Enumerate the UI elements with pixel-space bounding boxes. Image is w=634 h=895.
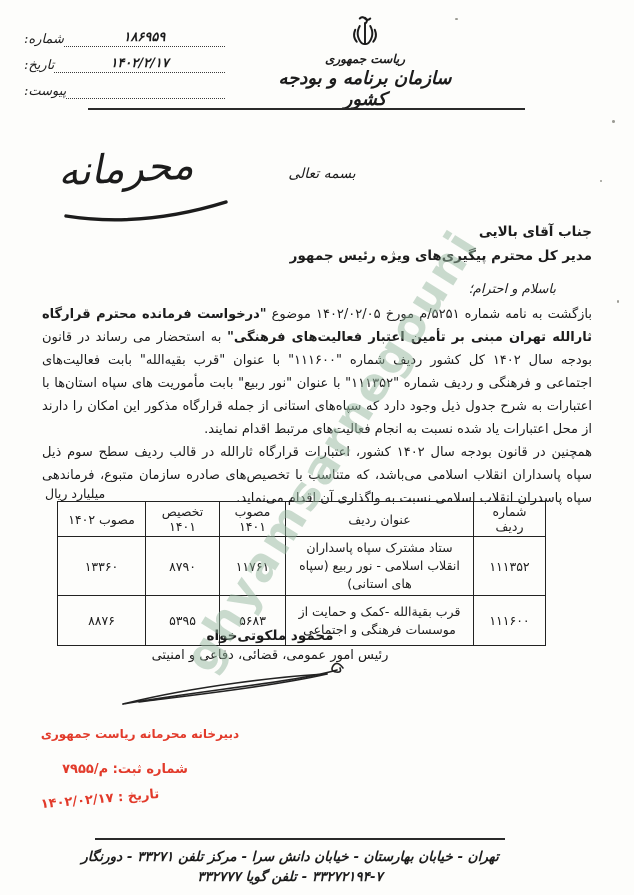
date-field-label: تاریخ:: [24, 58, 54, 73]
iran-emblem-icon: [350, 14, 380, 50]
salutation-text: باسلام و احترام؛: [469, 282, 556, 297]
date-field-value: ۱۴۰۲/۲/۱۷: [54, 56, 225, 73]
table-cell-number: ۱۱۱۶۰۰: [474, 596, 546, 646]
table-row: ۱۱۱۳۵۲ ستاد مشترک سپاه پاسداران انقلاب ا…: [58, 537, 546, 596]
number-field: شماره: ۱۸۶۹۵۹: [20, 30, 225, 47]
letterhead: ریاست جمهوری سازمان برنامه و بودجه کشور: [255, 14, 475, 110]
recipient-title: مدیر کل محترم پیگیری‌های ویژه رئیس جمهور: [290, 244, 592, 268]
letter-body: بازگشت به نامه شماره ۵۲۵۱/م مورخ ۱۴۰۲/۰۲…: [42, 303, 592, 510]
table-cell-number: ۱۱۱۳۵۲: [474, 537, 546, 596]
body-paragraph-2: همچنین در قانون بودجه سال ۱۴۰۲ کشور، اعت…: [42, 441, 592, 510]
date-field: تاریخ: ۱۴۰۲/۲/۱۷: [20, 56, 225, 73]
signature-scribble-icon: [115, 652, 350, 712]
secretariat-stamp-number: شماره ثبت: م/۷۹۵۵: [50, 762, 200, 777]
attachment-field: پیوست:: [20, 82, 225, 99]
table-header-row: شماره ردیف عنوان ردیف مصوب ۱۴۰۱ تخصیص ۱۴…: [58, 502, 546, 537]
table-cell-approved-1401: ۱۱۷۶۱: [220, 537, 286, 596]
scan-speck: [612, 120, 615, 123]
table-header-approved-1402: مصوب ۱۴۰۲: [58, 502, 146, 537]
table-cell-approved-1402: ۱۳۳۶۰: [58, 537, 146, 596]
footer-address: تهران - خیابان بهارستان - خیابان دانش سر…: [60, 847, 520, 887]
header-divider: [88, 108, 525, 110]
budget-table-wrap: شماره ردیف عنوان ردیف مصوب ۱۴۰۱ تخصیص ۱۴…: [57, 501, 546, 646]
table-header-row-number: شماره ردیف: [474, 502, 546, 537]
table-cell-allocated-1401: ۸۷۹۰: [146, 537, 220, 596]
scan-speck: [617, 300, 619, 303]
org-name-line2: سازمان برنامه و بودجه کشور: [255, 68, 475, 110]
confidential-flourish-icon: [62, 196, 232, 222]
table-cell-approved-1402: ۸۸۷۶: [58, 596, 146, 646]
letterhead-fields: شماره: ۱۸۶۹۵۹ تاریخ: ۱۴۰۲/۲/۱۷ پیوست:: [20, 30, 225, 108]
confidential-stamp: محرمانه: [57, 142, 195, 195]
basmala-text: بسمه تعالی: [262, 166, 382, 182]
attachment-field-label: پیوست:: [24, 84, 66, 99]
secretariat-stamp-date: تاریخ : ۱۴۰۲/۰۲/۱۷: [25, 785, 176, 813]
body-p1-after: به استحضار می رساند در قانون بودجه سال ۱…: [42, 330, 592, 437]
body-paragraph-1: بازگشت به نامه شماره ۵۲۵۱/م مورخ ۱۴۰۲/۰۲…: [42, 303, 592, 441]
signer-name: محمود ملکوتی‌خواه: [150, 628, 390, 644]
document-page: ریاست جمهوری سازمان برنامه و بودجه کشور …: [0, 0, 634, 895]
scan-speck: [455, 18, 458, 20]
table-unit-label: میلیارد ریال: [45, 486, 105, 501]
number-field-label: شماره:: [24, 32, 64, 47]
table-cell-title: ستاد مشترک سپاه پاسداران انقلاب اسلامی -…: [286, 537, 474, 596]
recipient-name: جناب آقای بالایی: [290, 220, 592, 244]
recipient-block: جناب آقای بالایی مدیر کل محترم پیگیری‌ها…: [290, 220, 592, 268]
table-header-row-title: عنوان ردیف: [286, 502, 474, 537]
secretariat-stamp-line1: دبیرخانه محرمانه ریاست جمهوری: [40, 727, 240, 741]
table-header-approved-1401: مصوب ۱۴۰۱: [220, 502, 286, 537]
body-p1-before: بازگشت به نامه شماره ۵۲۵۱/م مورخ ۱۴۰۲/۰۲…: [267, 307, 592, 322]
budget-table: شماره ردیف عنوان ردیف مصوب ۱۴۰۱ تخصیص ۱۴…: [57, 501, 546, 646]
table-header-allocated-1401: تخصیص ۱۴۰۱: [146, 502, 220, 537]
attachment-field-value: [66, 82, 225, 99]
scan-speck: [600, 180, 602, 182]
number-field-value: ۱۸۶۹۵۹: [64, 30, 225, 47]
footer-divider: [95, 838, 505, 840]
org-name-line1: ریاست جمهوری: [255, 52, 475, 66]
